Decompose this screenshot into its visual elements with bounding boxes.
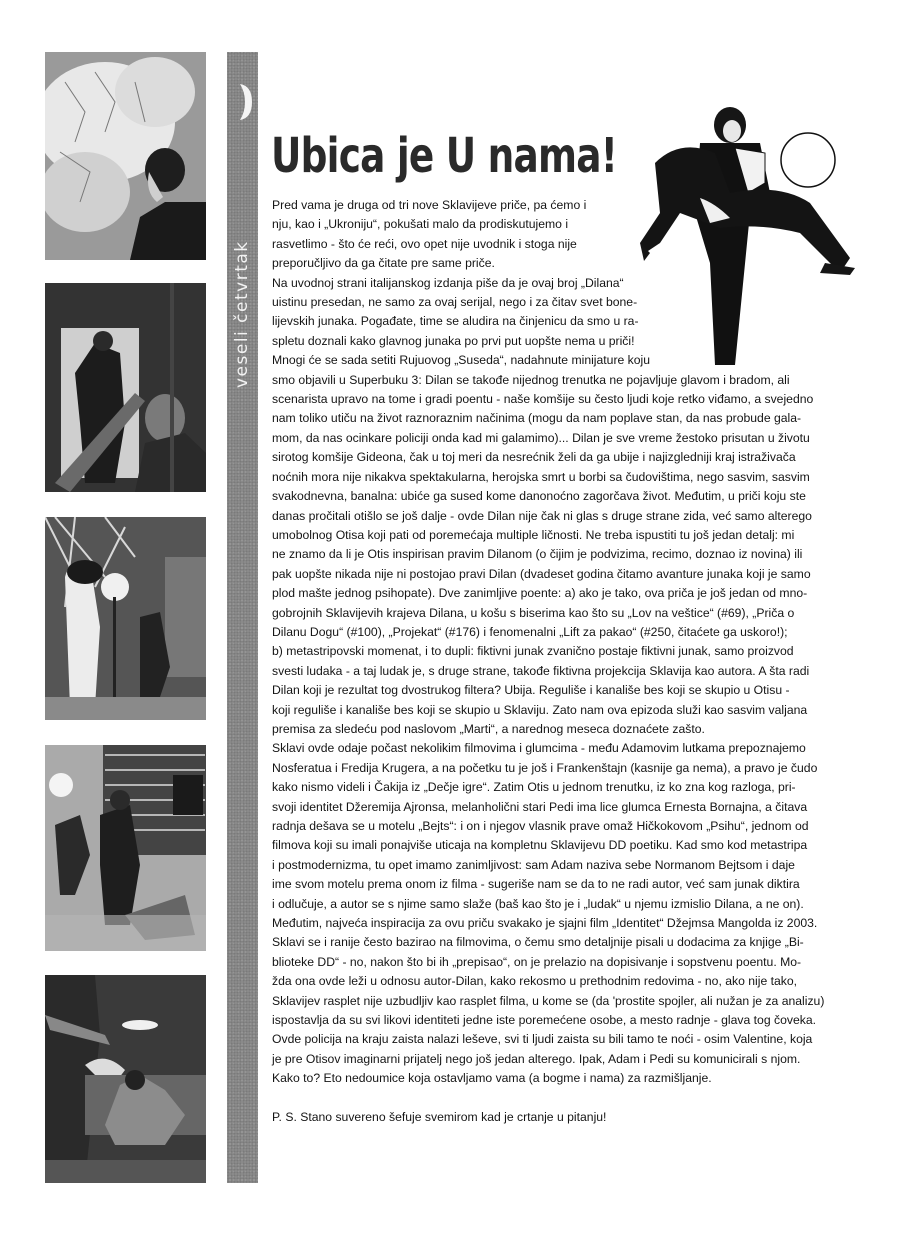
text-line: Kako to? Eto nedoumice koja ostavljamo v…	[272, 1069, 862, 1088]
text-line: spletu doznali kako glavnog junaka po pr…	[272, 332, 862, 351]
text-line: svakodnevna, banalna: ubiće ga sused kom…	[272, 487, 862, 506]
text-line: Sklavi se i ranije često bazirao na film…	[272, 933, 862, 952]
text-line: premisa za sledeću pod naslovom „Marti“,…	[272, 720, 862, 739]
panel-axe-attack	[45, 975, 206, 1183]
postscript-text: P. S. Stano suvereno šefuje svemirom kad…	[272, 1108, 862, 1127]
intro-paragraph: Pred vama je druga od tri nove Sklavijev…	[272, 196, 862, 274]
text-line: Sklavi ovde odaje počast nekolikim filmo…	[272, 739, 862, 758]
text-line: b) metastripovski momenat, i to dupli: f…	[272, 642, 862, 661]
text-line: noćnih mora nije nikakva spektakularna, …	[272, 468, 862, 487]
section-label: veseli četvrtak	[229, 362, 255, 388]
postscript: P. S. Stano suvereno šefuje svemirom kad…	[272, 1108, 862, 1127]
paragraph-3: Sklavi ovde odaje počast nekolikim filmo…	[272, 739, 862, 1088]
text-line: filmova koji su imali ponajviše uticaja …	[272, 836, 862, 855]
panel-street-lamp	[45, 517, 206, 720]
section-sidebar-bar: veseli četvrtak	[227, 52, 258, 1183]
article-body: Pred vama je druga od tri nove Sklavijev…	[272, 196, 862, 1127]
text-line: Mnogi će se sada setiti Rujuovog „Suseda…	[272, 351, 862, 370]
text-line: radnja dešava se u motelu „Bejts“: i on …	[272, 817, 862, 836]
comic-panel-image	[45, 975, 206, 1183]
text-line: scenarista upravo na tome i gradi poentu…	[272, 390, 862, 409]
text-line: blioteke DD“ - no, nakon što bi ih „prep…	[272, 953, 862, 972]
panel-brick-wall-fight	[45, 745, 206, 951]
text-line: preporučljivo da ga čitate pre same prič…	[272, 254, 862, 273]
text-line: uistinu presedan, ne samo za ovaj serija…	[272, 293, 862, 312]
comic-panel-image	[45, 283, 206, 492]
text-line: Sklavijev rasplet nije uzbudljiv kao ras…	[272, 992, 862, 1011]
text-line: Nosferatua i Fredija Krugera, a na počet…	[272, 759, 862, 778]
crescent-icon	[238, 84, 252, 120]
text-line: koji reguliše i kanališe bes koji se sku…	[272, 701, 862, 720]
panel-dylan-smoke	[45, 52, 206, 260]
comic-panel-image	[45, 745, 206, 951]
text-line: Ovde policija na kraju zaista nalazi leš…	[272, 1030, 862, 1049]
text-line: danas pročitali otišlo se još dalje - ov…	[272, 507, 862, 526]
text-line: ime svom motelu prema onom iz filma - su…	[272, 875, 862, 894]
comic-panel-image	[45, 517, 206, 720]
text-line: nju, kao i „Ukroniju“, pokušati malo da …	[272, 215, 862, 234]
text-line: nam toliko utiču na život raznoraznim na…	[272, 409, 862, 428]
text-line: i postmodernizma, tu opet imamo zanimlji…	[272, 856, 862, 875]
text-line: mom, da nas ocinkare policiji onda kad m…	[272, 429, 862, 448]
comic-panel-image	[45, 52, 206, 260]
text-line: svoji identitet Džeremija Ajronsa, melan…	[272, 798, 862, 817]
text-line: kako nismo videli i Čakija iz „Dečje igr…	[272, 778, 862, 797]
text-line: i odlučuje, a autor se s njime samo slaž…	[272, 895, 862, 914]
text-line: ne znamo da li je Otis inspirisan pravim…	[272, 545, 862, 564]
paragraph-2: Na uvodnoj strani italijanskog izdanja p…	[272, 274, 862, 740]
text-line: žda ona ovde leži u odnosu autor-Dilan, …	[272, 972, 862, 991]
text-line: svesti ludaka - a taj ludak je, s druge …	[272, 662, 862, 681]
text-line: Pred vama je druga od tri nove Sklavijev…	[272, 196, 862, 215]
text-line: gobrojnih Sklavijevih krajeva Dilana, u …	[272, 604, 862, 623]
text-line: Dilanu Dogu“ (#100), „Projekat“ (#176) i…	[272, 623, 862, 642]
text-line: sirotog komšije Gideona, čak u toj meri …	[272, 448, 862, 467]
text-line: Dilan koji je rezultat tog dvostrukog fi…	[272, 681, 862, 700]
text-line: Međutim, najveća inspiracija za ovu prič…	[272, 914, 862, 933]
text-line: smo objavili u Superbuku 3: Dilan se tak…	[272, 371, 862, 390]
text-line: umobolnog Otisa koji pati od poremećaja …	[272, 526, 862, 545]
text-line: plod mašte jednog psihopate). Dve zaniml…	[272, 584, 862, 603]
text-line: lijevskih junaka. Pogađate, time se alud…	[272, 312, 862, 331]
article-title: Ubica je U nama!	[271, 128, 617, 184]
text-line: rasvetlimo - što će reći, ovo opet nije …	[272, 235, 862, 254]
text-line: pak uopšte nikada nije ni postojao pravi…	[272, 565, 862, 584]
panel-doorway-chainsaw	[45, 283, 206, 492]
text-line: ispostavlja da su svi likovi identiteti …	[272, 1011, 862, 1030]
text-line: Na uvodnoj strani italijanskog izdanja p…	[272, 274, 862, 293]
text-line: je pre Otisov imaginarni prijatelj nego …	[272, 1050, 862, 1069]
